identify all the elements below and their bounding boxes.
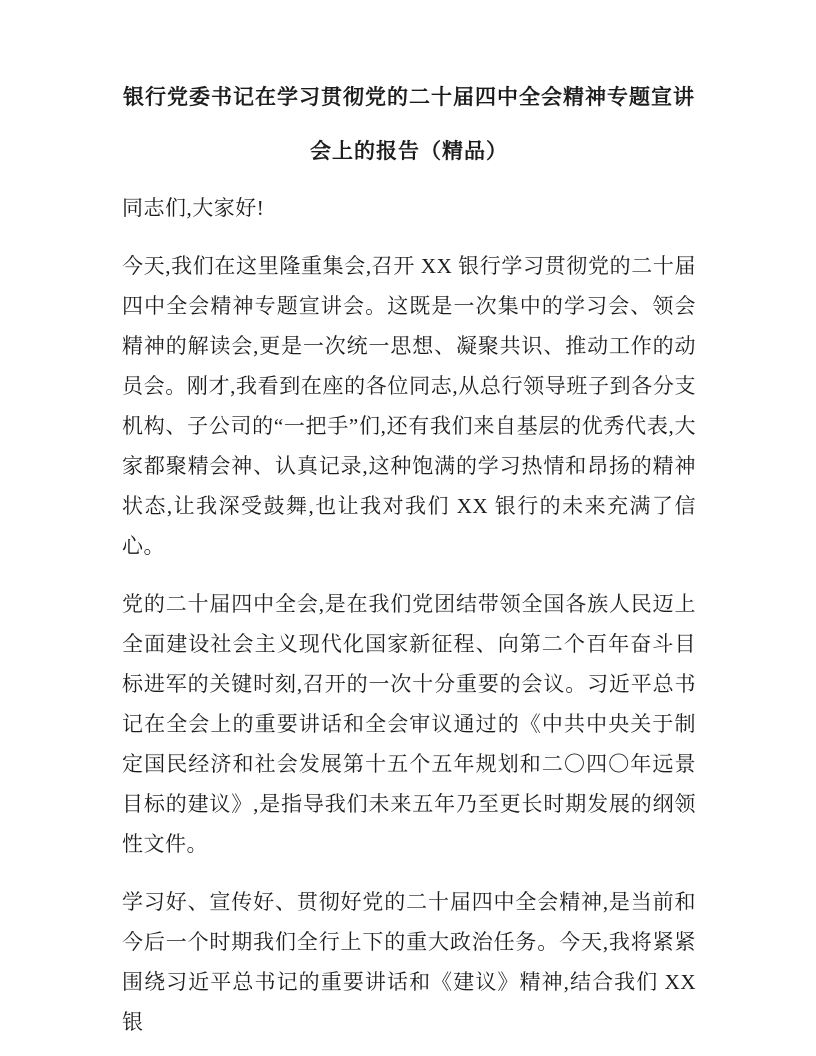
document-title: 银行党委书记在学习贯彻党的二十届四中全会精神专题宣讲会上的报告（精品） (122, 70, 696, 178)
body-paragraph-3: 学习好、宣传好、贯彻好党的二十届四中全会精神,是当前和今后一个时期我们全行上下的… (122, 882, 696, 1042)
greeting-line: 同志们,大家好! (122, 188, 696, 228)
body-paragraph-1: 今天,我们在这里隆重集会,召开 XX 银行学习贯彻党的二十届四中全会精神专题宣讲… (122, 246, 696, 566)
body-paragraph-2: 党的二十届四中全会,是在我们党团结带领全国各族人民迈上全面建设社会主义现代化国家… (122, 584, 696, 864)
document-page: 银行党委书记在学习贯彻党的二十届四中全会精神专题宣讲会上的报告（精品） 同志们,… (0, 0, 816, 1056)
